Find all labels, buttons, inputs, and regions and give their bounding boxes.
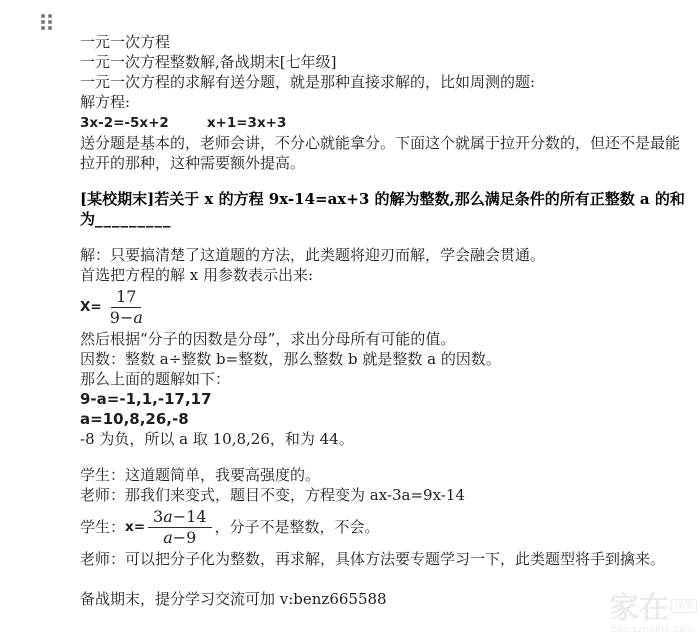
footer-contact: 备战期末，提分学习交流可加 v:benz665588	[80, 589, 686, 609]
intro-note: 送分题是基本的，老师会讲，不分心就能拿分。下面这个就属于拉开分数的，但还不是最能…	[80, 133, 686, 173]
fraction2-num-variable: a	[163, 507, 173, 526]
fraction2-speaker: 学生：	[80, 518, 125, 536]
solution-step2: 然后根据“分子的因数是分母”，求出分母所有可能的值。	[80, 329, 686, 349]
fraction2-suffix: ，分子不是整数，不会。	[215, 518, 380, 536]
fraction2-den-rest: −9	[173, 528, 197, 547]
factor-definition: 因数：整数 a÷整数 b=整数，那么整数 b 就是整数 a 的因数。	[80, 349, 686, 369]
solution-step1: 首选把方程的解 x 用参数表示出来:	[80, 265, 686, 285]
fraction2-numerator: 3a−14	[148, 508, 212, 528]
fraction1-num-value: 17	[116, 287, 136, 306]
fraction1-den-variable: a	[133, 308, 143, 327]
spacer	[80, 229, 686, 245]
answer-blank: _________	[95, 210, 172, 228]
grid-dot-icon	[41, 20, 45, 24]
dialogue-teacher-2: 老师：可以把分子化为整数，再求解，具体方法要专题学习一下，此类题型将手到擒来。	[80, 549, 686, 569]
grid-dot-icon	[48, 26, 52, 30]
solution-conclusion: -8 为负，所以 a 取 10,8,26，和为 44。	[80, 429, 686, 449]
fraction1-denominator: 9−a	[105, 308, 148, 327]
solution-intro: 解：只要搞清楚了这道题的方法，此类题将迎刃而解，学会融会贯通。	[80, 245, 686, 265]
doc-title: 一元一次方程	[80, 32, 686, 52]
fraction2: 3a−14 a−9	[148, 508, 212, 547]
fraction1: 17 9−a	[105, 288, 148, 327]
dialogue-teacher-1: 老师：那我们来变式，题目不变，方程变为 ax-3a=9x-14	[80, 485, 686, 505]
solve-label: 解方程:	[80, 92, 686, 112]
fraction2-denominator: a−9	[158, 528, 201, 547]
grid-dot-icon	[41, 26, 45, 30]
equation-2: x+1=3x+3	[207, 115, 287, 131]
solution-fraction-line: X= 17 9−a	[80, 288, 686, 327]
solution-eq-1: 9-a=-1,1,-17,17	[80, 389, 686, 409]
solution-step3: 那么上面的题解如下：	[80, 369, 686, 389]
equation-1: 3x-2=-5x+2	[80, 115, 169, 131]
watermark-logo: 家在 深圳	[609, 594, 697, 624]
solution-eq-2: a=10,8,26,-8	[80, 409, 686, 429]
document-content: 一元一次方程 一元一次方程整数解,备战期末[七年级] 一元一次方程的求解有送分题…	[80, 32, 686, 609]
fraction1-numerator: 17	[111, 288, 141, 308]
spacer	[80, 173, 686, 189]
fraction2-num-coef: 3	[153, 507, 163, 526]
fraction1-prefix: X=	[80, 299, 102, 315]
fraction2-prefix: x=	[125, 519, 145, 535]
drag-handle-icon[interactable]	[41, 14, 52, 30]
grid-dot-icon	[48, 14, 52, 18]
watermark-main-text: 家在	[609, 594, 669, 624]
problem-statement: [某校期末]若关于 x 的方程 9x-14=ax+3 的解为整数,那么满足条件的…	[80, 189, 686, 229]
spacer	[80, 449, 686, 465]
grid-dot-icon	[48, 20, 52, 24]
dialogue-fraction-line: 学生： x= 3a−14 a−9 ，分子不是整数，不会。	[80, 508, 686, 547]
dialogue-student-1: 学生：这道题简单，我要高强度的。	[80, 465, 686, 485]
spacer	[80, 569, 686, 589]
intro-paragraph: 一元一次方程的求解有送分题，就是那种直接求解的，比如周测的题:	[80, 72, 686, 92]
watermark-badge: 深圳	[671, 599, 697, 613]
fraction2-den-variable: a	[163, 528, 173, 547]
practice-equations: 3x-2=-5x+2x+1=3x+3	[80, 112, 686, 133]
fraction1-den-number: 9−	[110, 308, 134, 327]
grid-dot-icon	[41, 14, 45, 18]
doc-subtitle: 一元一次方程整数解,备战期末[七年级]	[80, 52, 686, 72]
watermark-url: bbs.szhome.com	[609, 626, 697, 635]
watermark: 家在 深圳 bbs.szhome.com	[609, 594, 697, 635]
fraction2-num-rest: −14	[173, 507, 207, 526]
